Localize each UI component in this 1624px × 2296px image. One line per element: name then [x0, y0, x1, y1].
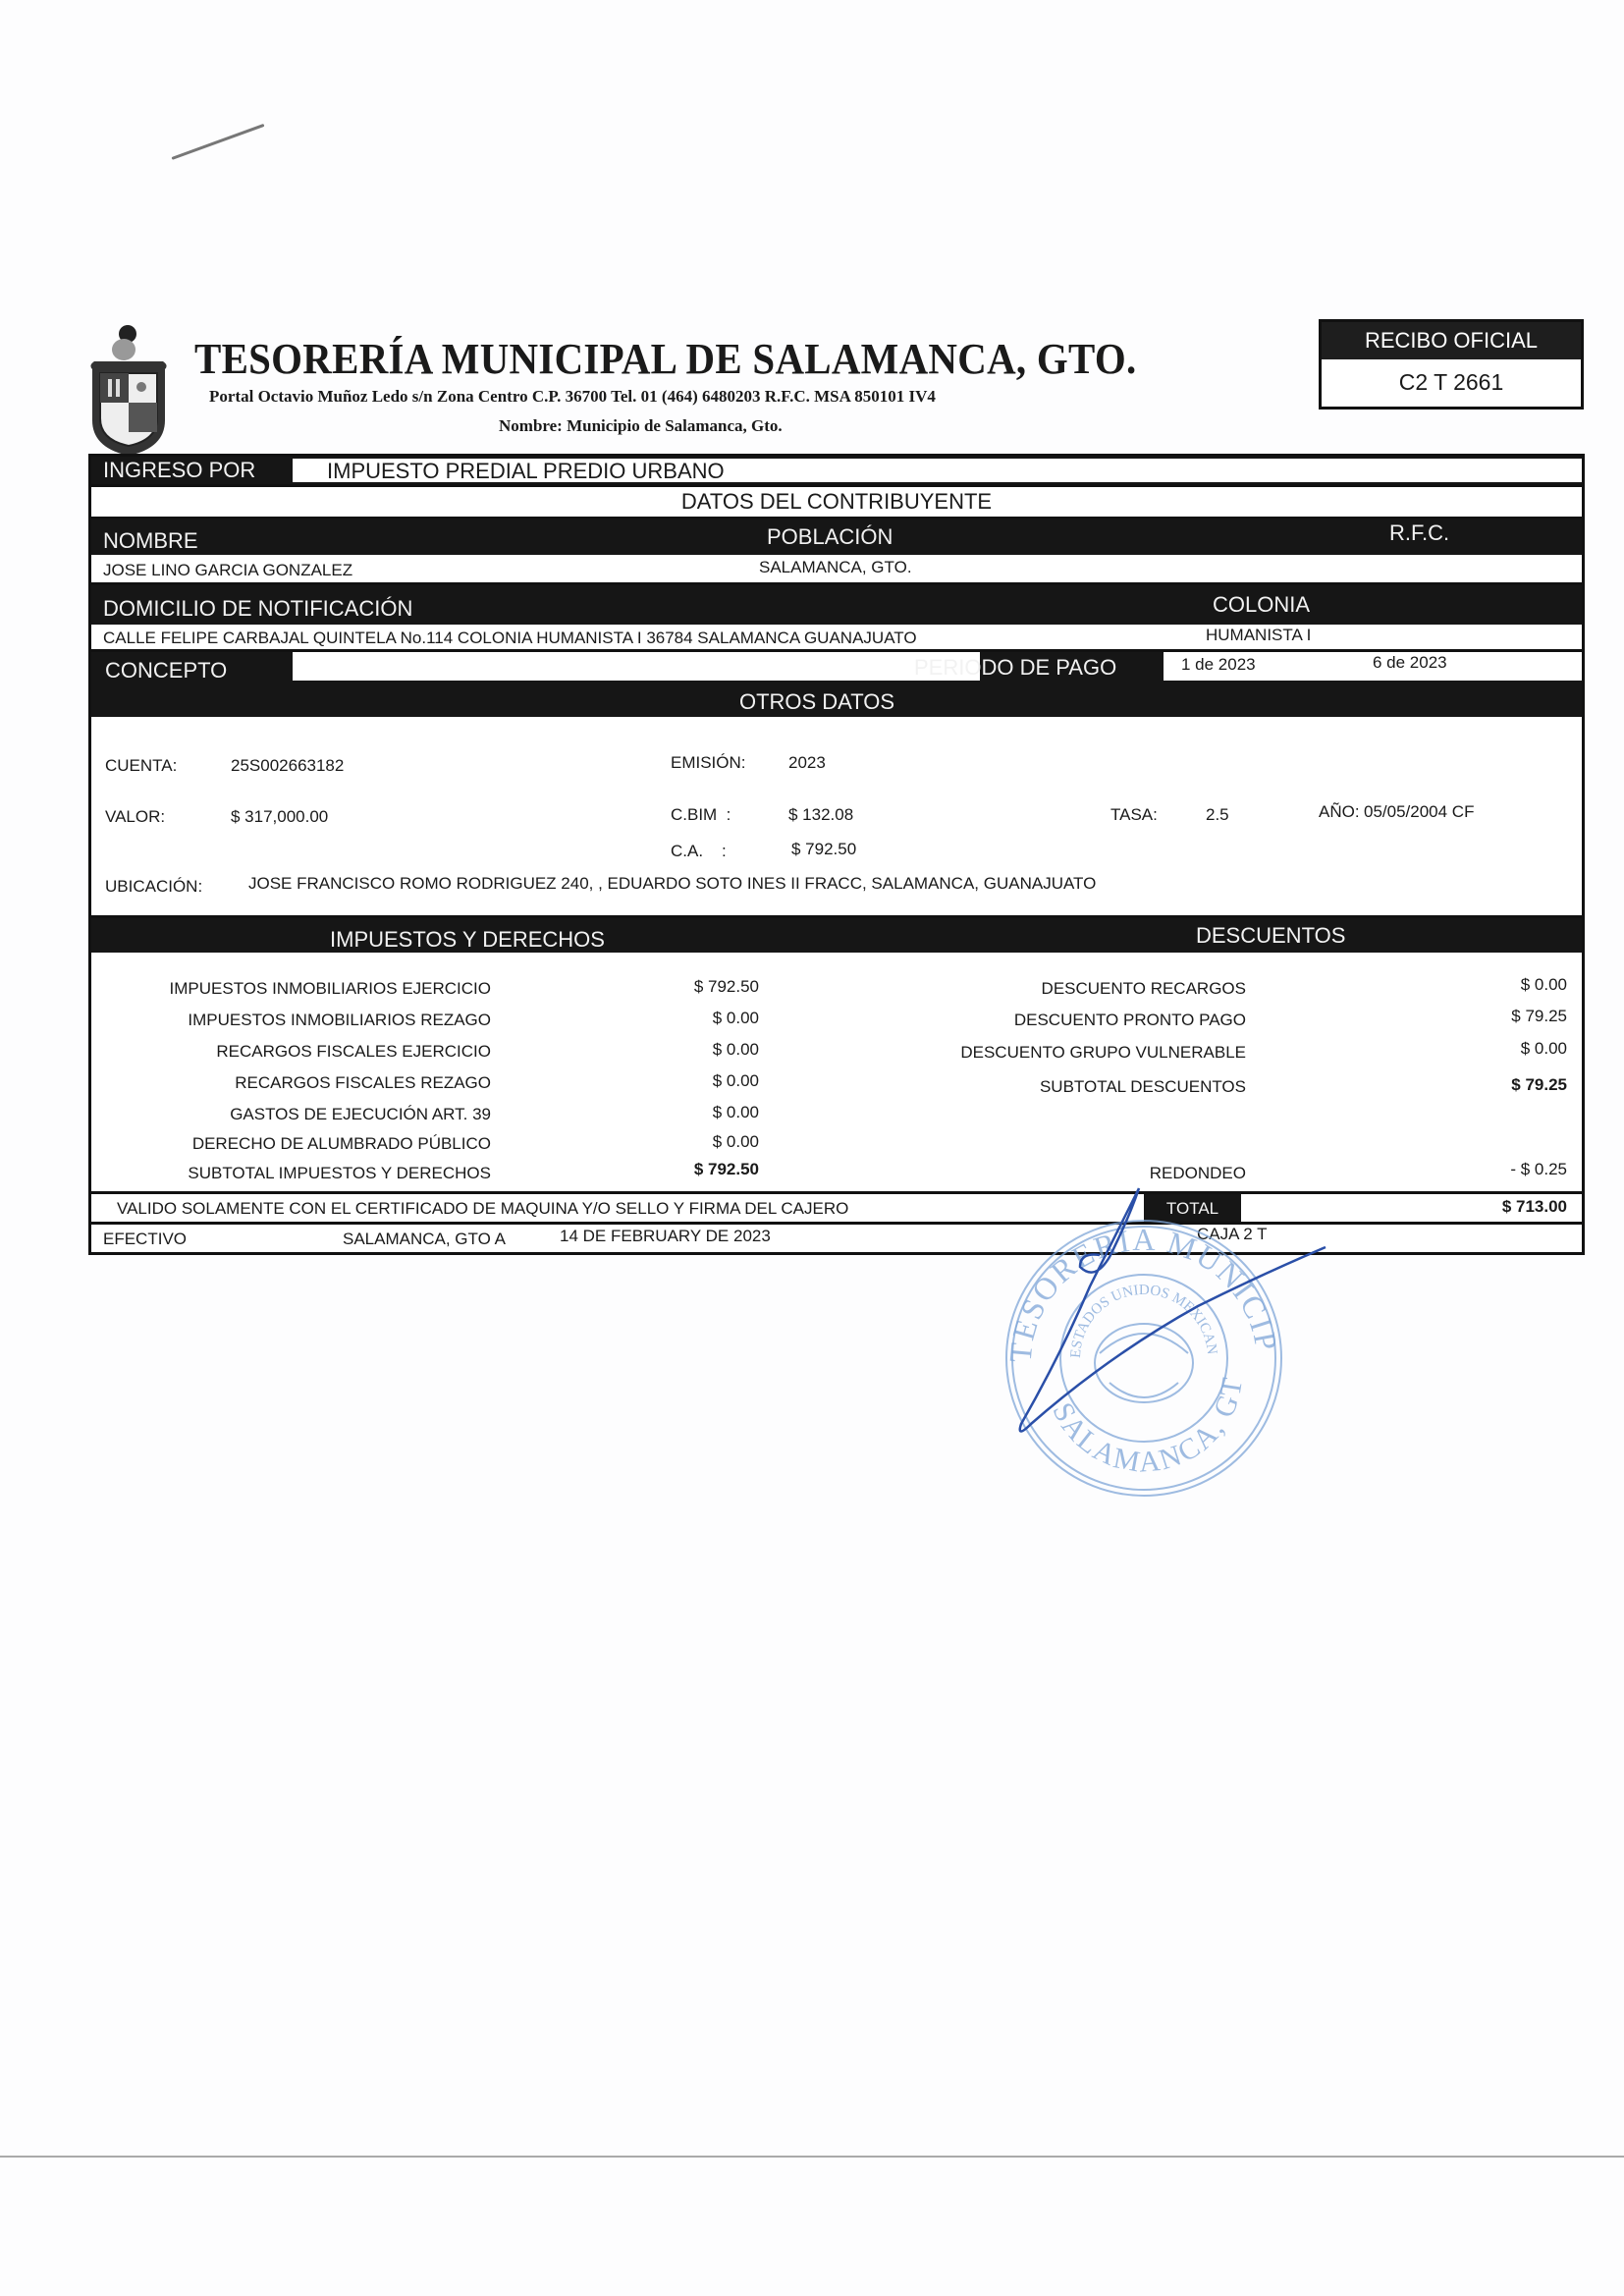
domicilio-value: CALLE FELIPE CARBAJAL QUINTELA No.114 CO… [103, 629, 917, 648]
pen-mark [171, 124, 264, 160]
impuesto-item-amount: $ 0.00 [582, 1132, 759, 1152]
periodo-desde: 1 de 2023 [1181, 655, 1256, 675]
tasa-label: TASA: [1110, 805, 1158, 825]
ingreso-row: INGRESO POR IMPUESTO PREDIAL PREDIO URBA… [91, 457, 1582, 484]
page-edge-line [0, 2156, 1624, 2158]
descuento-item-label: DESCUENTO RECARGOS [877, 979, 1246, 999]
impuesto-item-label: DERECHO DE ALUMBRADO PÚBLICO [91, 1134, 491, 1154]
domicilio-label: DOMICILIO DE NOTIFICACIÓN [103, 596, 412, 622]
cuenta-label: CUENTA: [105, 756, 177, 776]
domicilio-header-row: DOMICILIO DE NOTIFICACIÓN COLONIA [91, 585, 1582, 625]
impuesto-item-amount: $ 0.00 [582, 1040, 759, 1060]
ubicacion-label: UBICACIÓN: [105, 877, 202, 897]
municipality-name: Nombre: Municipio de Salamanca, Gto. [499, 416, 783, 436]
caja: CAJA 2 T [1197, 1225, 1268, 1244]
coat-of-arms-icon [84, 322, 173, 460]
impuesto-item-label: RECARGOS FISCALES REZAGO [91, 1073, 491, 1093]
nombre-value: JOSE LINO GARCIA GONZALEZ [103, 561, 352, 580]
descuentos-subtotal-value: $ 79.25 [1387, 1075, 1567, 1095]
receipt-number: C2 T 2661 [1322, 359, 1581, 405]
concepto-row: CONCEPTO PERIODO DE PAGO 1 de 2023 6 de … [91, 652, 1582, 684]
concepto-label: CONCEPTO [105, 658, 227, 683]
emision-label: EMISIÓN: [671, 753, 746, 773]
impuesto-item-label: IMPUESTOS INMOBILIARIOS EJERCICIO [91, 979, 491, 999]
periodo-label: PERIODO DE PAGO [914, 655, 1116, 681]
ingreso-label: INGRESO POR [103, 458, 255, 483]
tasa-value: 2.5 [1206, 805, 1229, 825]
impuestos-subtotal-label: SUBTOTAL IMPUESTOS Y DERECHOS [91, 1164, 491, 1183]
nombre-values-row: JOSE LINO GARCIA GONZALEZ SALAMANCA, GTO… [91, 555, 1582, 582]
redondeo-value: - $ 0.25 [1387, 1160, 1567, 1179]
impuesto-item-label: IMPUESTOS INMOBILIARIOS REZAGO [91, 1011, 491, 1030]
section-title-contribuyente: DATOS DEL CONTRIBUYENTE [681, 489, 992, 514]
total-label-box: TOTAL [1144, 1194, 1241, 1222]
anio-value: 05/05/2004 CF [1364, 802, 1474, 822]
lugar: SALAMANCA, GTO A [343, 1230, 506, 1249]
receipt-box: RECIBO OFICIAL C2 T 2661 [1319, 319, 1584, 410]
section-title-otros-datos: OTROS DATOS [739, 689, 894, 714]
valor-label: VALOR: [105, 807, 165, 827]
nombre-label: NOMBRE [103, 528, 198, 554]
receipt-form: INGRESO POR IMPUESTO PREDIAL PREDIO URBA… [88, 454, 1585, 1255]
official-stamp: TESORERÍA MUNICIPAL SALAMANCA, GTO. ESTA… [992, 1216, 1296, 1501]
cuenta-value: 25S002663182 [231, 756, 344, 776]
receipt-label: RECIBO OFICIAL [1322, 322, 1581, 359]
section-title-descuentos: DESCUENTOS [1196, 923, 1345, 949]
rfc-label: R.F.C. [1389, 520, 1449, 546]
descuento-item-label: DESCUENTO GRUPO VULNERABLE [877, 1043, 1246, 1063]
ca-value: $ 792.50 [791, 840, 856, 859]
descuento-item-amount: $ 0.00 [1387, 1039, 1567, 1059]
page-title: TESORERÍA MUNICIPAL DE SALAMANCA, GTO. [194, 334, 1136, 384]
impuesto-item-amount: $ 0.00 [582, 1009, 759, 1028]
total-label: TOTAL [1166, 1199, 1218, 1218]
ubicacion-value: JOSE FRANCISCO ROMO RODRIGUEZ 240, , EDU… [248, 874, 1096, 894]
validez-text: VALIDO SOLAMENTE CON EL CERTIFICADO DE M… [117, 1199, 848, 1219]
impuesto-item-label: GASTOS DE EJECUCIÓN ART. 39 [91, 1105, 491, 1124]
impuesto-item-amount: $ 0.00 [582, 1103, 759, 1122]
domicilio-values-row: CALLE FELIPE CARBAJAL QUINTELA No.114 CO… [91, 625, 1582, 649]
ca-label: C.A. : [671, 842, 727, 861]
impuesto-item-label: RECARGOS FISCALES EJERCICIO [91, 1042, 491, 1062]
contribuyente-title-row: DATOS DEL CONTRIBUYENTE [91, 487, 1582, 517]
cbim-label: C.BIM : [671, 805, 731, 825]
poblacion-value: SALAMANCA, GTO. [759, 558, 912, 577]
section-title-impuestos: IMPUESTOS Y DERECHOS [330, 927, 605, 953]
descuento-item-label: DESCUENTO PRONTO PAGO [877, 1011, 1246, 1030]
periodo-hasta: 6 de 2023 [1373, 653, 1447, 673]
address-line: Portal Octavio Muñoz Ledo s/n Zona Centr… [209, 387, 936, 407]
poblacion-label: POBLACIÓN [767, 524, 893, 550]
colonia-label: COLONIA [1213, 592, 1310, 618]
forma-pago: EFECTIVO [103, 1230, 187, 1249]
impuestos-subtotal-value: $ 792.50 [582, 1160, 759, 1179]
fecha: 14 DE FEBRUARY DE 2023 [560, 1227, 771, 1246]
svg-text:SALAMANCA, GTO.: SALAMANCA, GTO. [992, 1216, 1249, 1479]
ingreso-value: IMPUESTO PREDIAL PREDIO URBANO [327, 459, 725, 484]
descuentos-subtotal-label: SUBTOTAL DESCUENTOS [877, 1077, 1246, 1097]
valor-value: $ 317,000.00 [231, 807, 328, 827]
redondeo-label: REDONDEO [877, 1164, 1246, 1183]
cbim-value: $ 132.08 [788, 805, 853, 825]
impuesto-item-amount: $ 792.50 [582, 977, 759, 997]
colonia-value: HUMANISTA I [1206, 626, 1311, 645]
impuesto-item-amount: $ 0.00 [582, 1071, 759, 1091]
emision-value: 2023 [788, 753, 826, 773]
descuento-item-amount: $ 0.00 [1387, 975, 1567, 995]
anio-label: AÑO: [1319, 802, 1360, 822]
total-value: $ 713.00 [1387, 1197, 1567, 1217]
impuestos-descuentos-header: IMPUESTOS Y DERECHOS DESCUENTOS [91, 918, 1582, 953]
otros-datos-header: OTROS DATOS [91, 684, 1582, 717]
nombre-header-row: NOMBRE POBLACIÓN R.F.C. [91, 519, 1582, 555]
descuento-item-amount: $ 79.25 [1387, 1007, 1567, 1026]
